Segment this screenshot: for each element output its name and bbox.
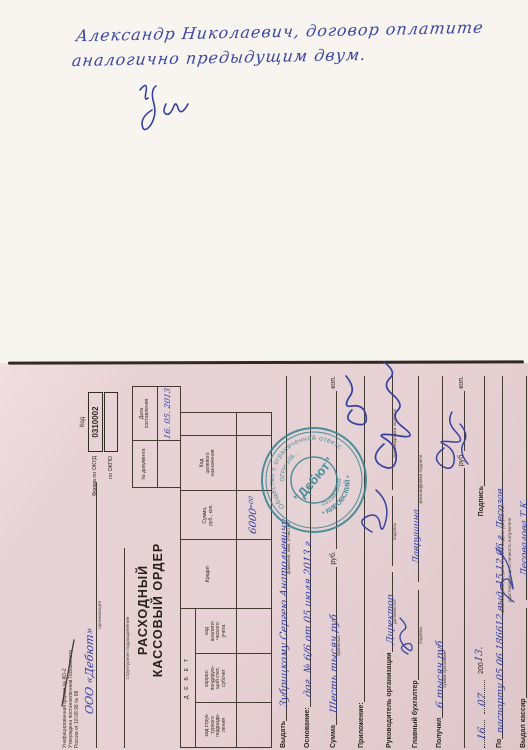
chief-sign-sublabel: подпись <box>418 590 423 680</box>
receipt-month-handwriting: 07 <box>477 692 488 707</box>
amount-blank: Шесть тысяч руб прописью <box>324 567 337 725</box>
note-line-2: аналогично предыдущим двум. <box>71 45 368 70</box>
form-title: РАСХОДНЫЙ КАССОВЫЙ ОРДЕР <box>136 530 166 690</box>
amount-kop-label: коп. <box>330 376 337 389</box>
scanned-document: { "note": { "line1": "Александр Николаев… <box>0 0 528 750</box>
note-signature <box>126 76 216 132</box>
amount-label: Сумма <box>330 725 337 748</box>
sum-header: Сумма, руб., коп. <box>181 491 237 540</box>
doc-number-header: № документа <box>133 441 158 488</box>
amount-rub-label: руб. <box>330 551 337 564</box>
attachment-label: Приложение: <box>358 702 365 748</box>
unit-label: структурное подразделение <box>126 548 131 748</box>
note-line-1: Александр Николаевич, договор оплатите <box>75 18 485 46</box>
head-label: Руководитель организации <box>386 653 393 749</box>
doc-date-header: Дата составления <box>133 387 158 441</box>
doc-number-date-table: № документа Дата составления 16. 05. 201… <box>132 386 181 488</box>
chief-accountant-label: Главный бухгалтер <box>412 680 419 748</box>
receipt-month-blank: 07 <box>472 680 485 714</box>
cell-struct-code <box>237 703 272 748</box>
basis-label: Основание: <box>304 707 311 748</box>
director-signature <box>340 360 480 560</box>
unified-form-note-2: Утверждена постановлением Госкомстата Ро… <box>68 528 80 748</box>
debit-subcol-1: код струк- турного подразде- ления <box>196 703 237 748</box>
form-title-line1: РАСХОДНЫЙ <box>136 530 151 690</box>
doc-date-handwriting: 16. 05. 2013 <box>165 388 171 440</box>
receipt-year-handwriting: 13. <box>474 645 485 663</box>
unit-line <box>112 548 125 748</box>
cell-analytic-code <box>237 609 272 654</box>
chief-sign-blank: подпись <box>406 590 419 680</box>
basis-handwriting: дог. № 6/6 от 05 июля 2013 г. <box>303 538 314 698</box>
cell-credit <box>237 540 272 609</box>
organization-value: ООО «Дебют» <box>83 627 96 716</box>
receipt-day-blank: 16 <box>472 720 485 748</box>
cell-corr-account <box>237 654 272 703</box>
okud-code-box: 0310002 <box>88 392 103 452</box>
doc-number-value <box>158 441 181 488</box>
purpose-code-header: Код целевого назначения <box>181 436 237 491</box>
cashier-name-handwriting: Лесовалова Т.К. <box>520 498 528 577</box>
doc-date-value: 16. 05. 2013 <box>158 387 181 441</box>
form-title-line2: КАССОВЫЙ ОРДЕР <box>151 530 166 690</box>
issue-label: Выдать <box>280 721 287 748</box>
received-label: Получил <box>436 718 443 748</box>
code-label: Код <box>80 392 86 452</box>
okud-label: Форма по ОКУД <box>92 456 98 524</box>
extra-col-header <box>181 413 237 436</box>
organization-label: организация <box>98 482 103 748</box>
cash-order-form: Унифицированная форма № КО-2 Утверждена … <box>62 365 520 750</box>
receipt-day-handwriting: 16 <box>477 726 488 741</box>
passport-by-label: По <box>496 739 503 748</box>
head-position-blank: Директор должность <box>380 573 393 653</box>
okpo-label: по ОКПО <box>108 456 114 524</box>
receipt-year-prefix: 200 <box>478 662 485 674</box>
sum-handwriting: 6000 <box>251 508 257 534</box>
cashier-label: Выдал кассир <box>520 698 527 748</box>
sum-kopecks-handwriting: =00 <box>249 495 255 509</box>
chief-accountant-signature <box>394 610 414 660</box>
credit-header: Кредит <box>181 540 237 609</box>
debit-subcol-3: код аналити- ческого учета <box>196 609 237 654</box>
okpo-code-box <box>104 392 118 452</box>
debit-subcol-2: коррес- пондирую- щий счет, субсчет <box>196 654 237 703</box>
cashier-sign-blank <box>514 608 527 698</box>
debit-header: Д Е Б Е Т <box>181 609 196 748</box>
cashier-signature <box>492 540 520 610</box>
cash-order-form-wrap: Унифицированная форма № КО-2 Утверждена … <box>62 365 520 750</box>
amount-sublabel: прописью <box>336 567 341 725</box>
